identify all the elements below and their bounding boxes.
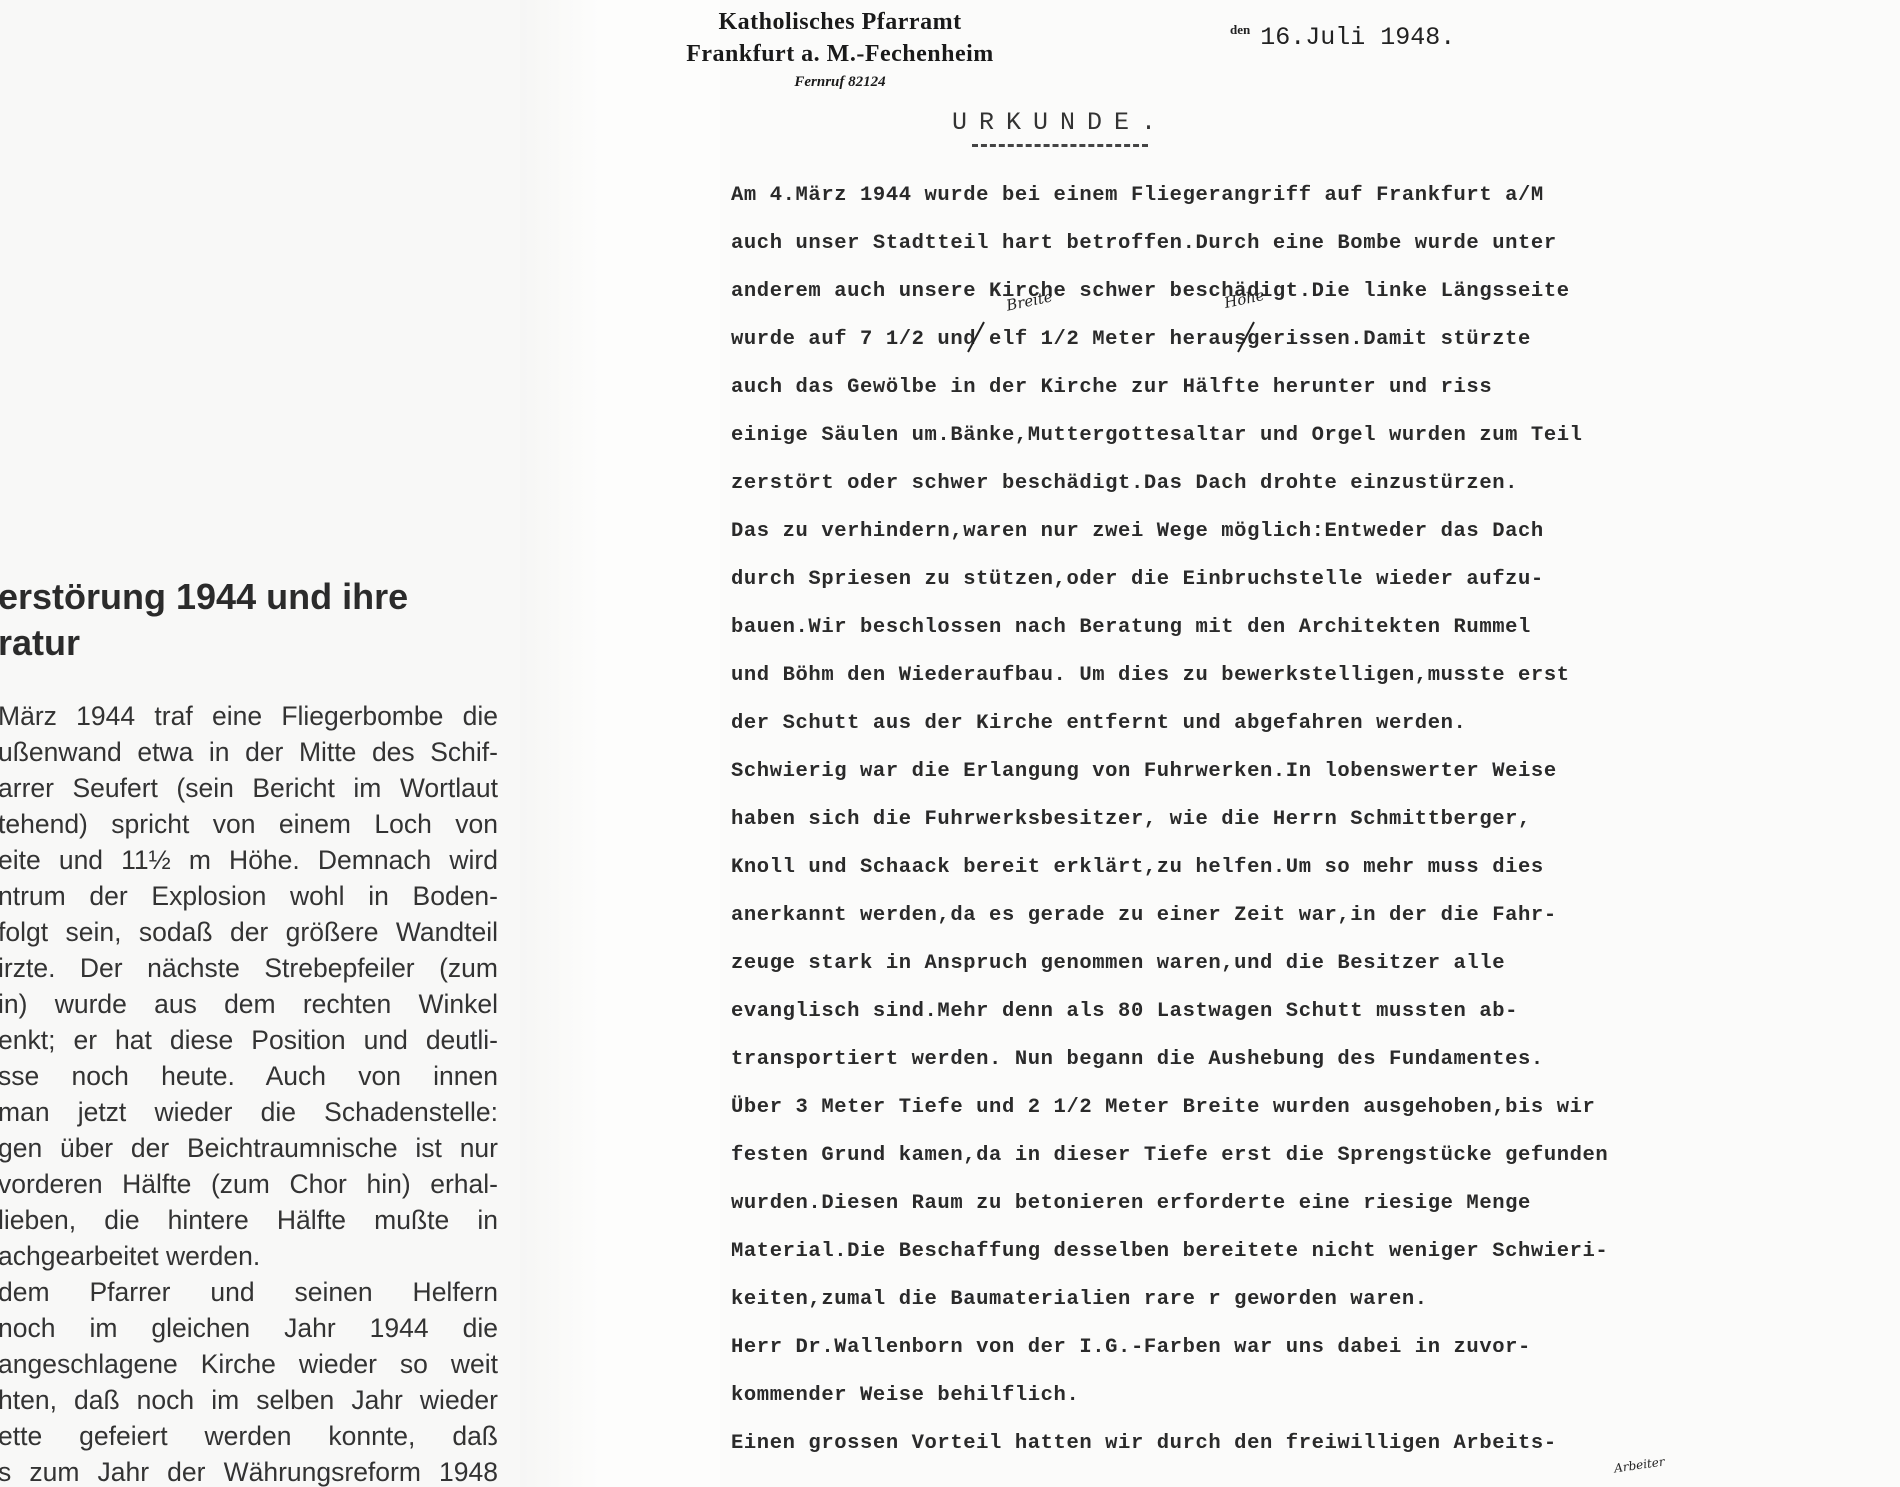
title-text: URKUNDE. (952, 108, 1168, 137)
paragraph-line: irzte. Der nächste Strebepfeiler (zum (0, 950, 498, 986)
title-underline (972, 144, 1148, 147)
paragraph-line: s zum Jahr der Währungsreform 1948 (0, 1454, 498, 1487)
letterhead: Katholisches Pfarramt Frankfurt a. M.-Fe… (620, 6, 1060, 94)
letter-line: zerstört oder schwer beschädigt.Das Dach… (731, 468, 1731, 516)
paragraph-line: achgearbeitet werden. (0, 1238, 498, 1274)
typed-letter-body: Am 4.März 1944 wurde bei einem Fliegeran… (731, 180, 1731, 1476)
letter-line: haben sich die Fuhrwerksbesitzer, wie di… (731, 804, 1731, 852)
paragraph-line: ußenwand etwa in der Mitte des Schif- (0, 734, 498, 770)
paragraph-line: März 1944 traf eine Fliegerbombe die (0, 698, 498, 734)
paragraph-line: in) wurde aus dem rechten Winkel (0, 986, 498, 1022)
paragraph-line: sse noch heute. Auch von innen (0, 1058, 498, 1094)
paragraph-line: man jetzt wieder die Schadenstelle: (0, 1094, 498, 1130)
section-heading: erstörung 1944 und ihre ratur (0, 574, 518, 666)
date-prefix: den (1230, 22, 1250, 37)
paragraph-line: dem Pfarrer und seinen Helfern (0, 1274, 498, 1310)
paragraph-line: enkt; er hat diese Position und deutli- (0, 1022, 498, 1058)
letter-line: bauen.Wir beschlossen nach Beratung mit … (731, 612, 1731, 660)
letter-line: zeuge stark in Anspruch genommen waren,u… (731, 948, 1731, 996)
letter-line: Herr Dr.Wallenborn von der I.G.-Farben w… (731, 1332, 1731, 1380)
letter-line: keiten,zumal die Baumaterialien rare r g… (731, 1284, 1731, 1332)
paragraph-line: ette gefeiert werden konnte, daß (0, 1418, 498, 1454)
letter-line: transportiert werden. Nun begann die Aus… (731, 1044, 1731, 1092)
date-value: 16.Juli 1948. (1260, 23, 1455, 52)
letter-line: anerkannt werden,da es gerade zu einer Z… (731, 900, 1731, 948)
letter-line: Am 4.März 1944 wurde bei einem Fliegeran… (731, 180, 1731, 228)
letter-line: einige Säulen um.Bänke,Muttergottesaltar… (731, 420, 1731, 468)
paragraph-line: lieben, die hintere Hälfte mußte in (0, 1202, 498, 1238)
letter-line: auch unser Stadtteil hart betroffen.Durc… (731, 228, 1731, 276)
paragraph-line: ntrum der Explosion wohl in Boden- (0, 878, 498, 914)
paragraph-line: arrer Seufert (sein Bericht im Wortlaut (0, 770, 498, 806)
page-gutter (520, 0, 720, 1487)
paragraph-line: eite und 11½ m Höhe. Demnach wird (0, 842, 498, 878)
letter-line: durch Spriesen zu stützen,oder die Einbr… (731, 564, 1731, 612)
letter-line: Einen grossen Vorteil hatten wir durch d… (731, 1428, 1731, 1476)
letter-line: Über 3 Meter Tiefe und 2 1/2 Meter Breit… (731, 1092, 1731, 1140)
article-paragraph: März 1944 traf eine Fliegerbombe dieußen… (0, 698, 498, 1487)
left-book-page: erstörung 1944 und ihre ratur März 1944 … (0, 0, 520, 1487)
letterhead-office: Katholisches Pfarramt (620, 6, 1060, 38)
heading-line: erstörung 1944 und ihre (0, 574, 518, 620)
letter-line: Das zu verhindern,waren nur zwei Wege mö… (731, 516, 1731, 564)
paragraph-line: tehend) spricht von einem Loch von (0, 806, 498, 842)
paragraph-line: gen über der Beichtraumnische ist nur (0, 1130, 498, 1166)
letterhead-location: Frankfurt a. M.-Fechenheim (620, 38, 1060, 70)
letter-line: wurde auf 7 1/2 und elf 1/2 Meter heraus… (731, 324, 1731, 372)
document-title: URKUNDE. (952, 108, 1168, 137)
letter-line: auch das Gewölbe in der Kirche zur Hälft… (731, 372, 1731, 420)
letter-line: Schwierig war die Erlangung von Fuhrwerk… (731, 756, 1731, 804)
letter-date: den16.Juli 1948. (1230, 22, 1455, 52)
letterhead-phone: Fernruf 82124 (620, 70, 1060, 94)
paragraph-line: angeschlagene Kirche wieder so weit (0, 1346, 498, 1382)
heading-line: ratur (0, 620, 518, 666)
letter-line: kommender Weise behilflich. (731, 1380, 1731, 1428)
paragraph-line: hten, daß noch im selben Jahr wieder (0, 1382, 498, 1418)
letter-line: der Schutt aus der Kirche entfernt und a… (731, 708, 1731, 756)
letter-line: und Böhm den Wiederaufbau. Um dies zu be… (731, 660, 1731, 708)
paragraph-line: vorderen Hälfte (zum Chor hin) erhal- (0, 1166, 498, 1202)
paragraph-line: noch im gleichen Jahr 1944 die (0, 1310, 498, 1346)
letter-line: wurden.Diesen Raum zu betonieren erforde… (731, 1188, 1731, 1236)
letter-line: Knoll und Schaack bereit erklärt,zu helf… (731, 852, 1731, 900)
letter-line: festen Grund kamen,da in dieser Tiefe er… (731, 1140, 1731, 1188)
letter-line: Material.Die Beschaffung desselben berei… (731, 1236, 1731, 1284)
paragraph-line: folgt sein, sodaß der größere Wandteil (0, 914, 498, 950)
letter-line: evanglisch sind.Mehr denn als 80 Lastwag… (731, 996, 1731, 1044)
